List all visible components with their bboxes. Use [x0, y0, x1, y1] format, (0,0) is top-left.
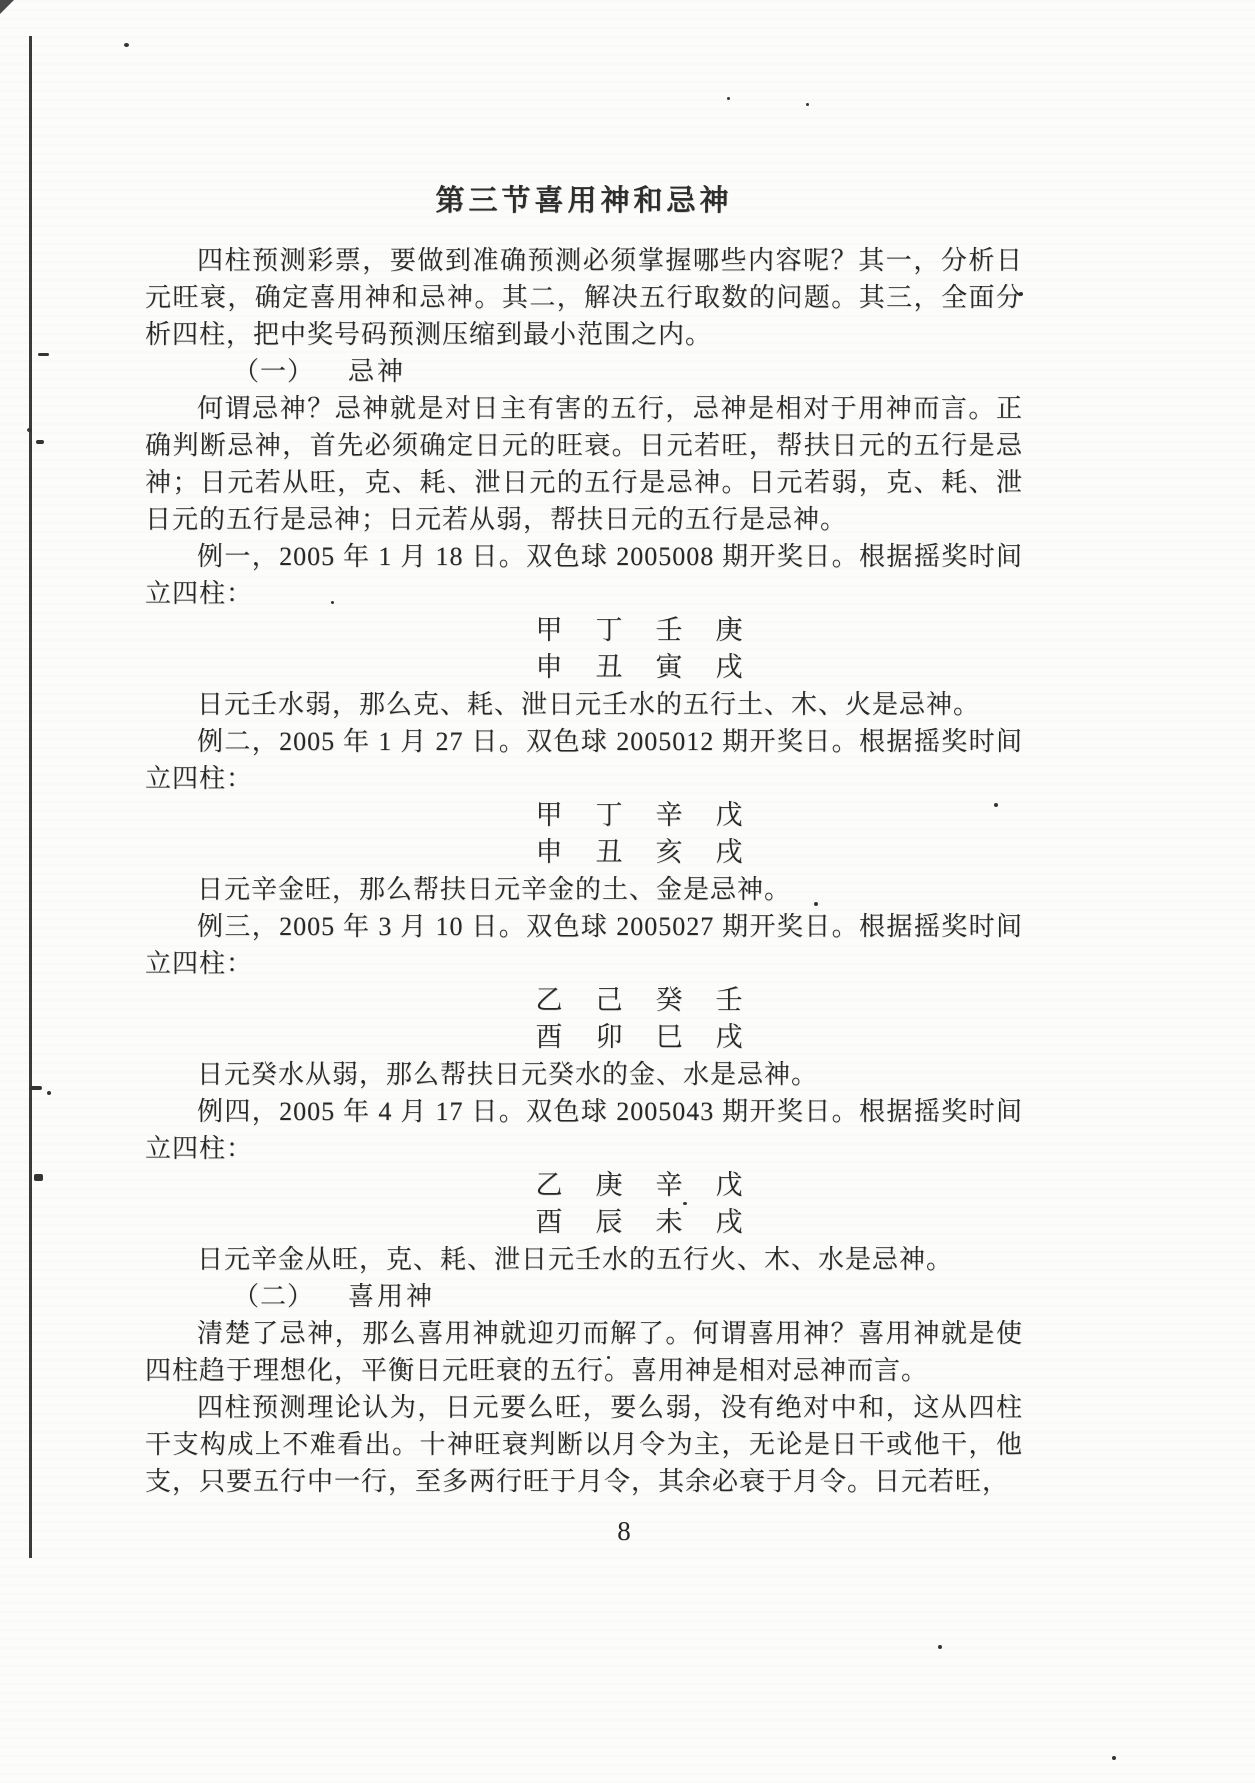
example-1-analysis: 日元壬水弱，那么克、耗、泄日元壬水的五行土、木、火是忌神。 [145, 686, 1023, 723]
pillar-branch: 未 [656, 1204, 683, 1241]
pillar-stem: 壬 [716, 982, 743, 1019]
section-1-label: （一） [233, 357, 314, 386]
pillar-branch: 酉 [536, 1204, 563, 1241]
section-1-body: 何谓忌神？忌神就是对日主有害的五行，忌神是相对于用神而言。正确判断忌神，首先必须… [145, 390, 1023, 538]
section-2-label: （二） [233, 1282, 314, 1311]
pillar-branch: 申 [536, 649, 563, 686]
example-3-lead: 例三，2005 年 3 月 10 日。双色球 2005027 期开奖日。根据摇奖… [145, 908, 1023, 982]
section-1-heading: （一）忌神 [145, 353, 1023, 390]
scan-speck [47, 1091, 51, 1095]
section-2-heading: （二）喜用神 [145, 1278, 1023, 1315]
section-2-name: 喜用神 [348, 1282, 435, 1311]
scan-speck [36, 440, 44, 444]
pillar-stem: 甲 [536, 797, 563, 834]
pillar-stem: 辛 [656, 1167, 683, 1204]
page-title: 第三节喜用神和忌神 [145, 178, 1023, 219]
pillar-stem: 辛 [656, 797, 683, 834]
section-2-body-2: 四柱预测理论认为，日元要么旺，要么弱，没有绝对中和，这从四柱干支构成上不难看出。… [145, 1389, 1023, 1500]
pillar-stem: 乙 [536, 982, 563, 1019]
example-4-analysis: 日元辛金从旺，克、耗、泄日元壬水的五行火、木、水是忌神。 [145, 1241, 1023, 1278]
pillar-branch: 戌 [716, 834, 743, 871]
pillar-stem: 丁 [596, 797, 623, 834]
scan-speck [1112, 1756, 1116, 1760]
example-4-branches-row: 酉 辰 未 戌 [536, 1204, 743, 1241]
pillar-branch: 辰 [596, 1204, 623, 1241]
pillar-branch: 酉 [536, 1019, 563, 1056]
pillar-branch: 卯 [596, 1019, 623, 1056]
section-2-body-1: 清楚了忌神，那么喜用神就迎刃而解了。何谓喜用神？喜用神就是使四柱趋于理想化，平衡… [145, 1315, 1023, 1389]
example-1-stems-row: 甲 丁 壬 庚 [536, 612, 743, 649]
scan-speck [30, 1086, 42, 1090]
scan-speck [806, 103, 809, 106]
pillar-branch: 亥 [656, 834, 683, 871]
scan-speck [727, 97, 730, 100]
pillar-branch: 丑 [596, 649, 623, 686]
example-3-branches-row: 酉 卯 巳 戌 [536, 1019, 743, 1056]
pillar-branch: 戌 [716, 1019, 743, 1056]
example-4-lead: 例四，2005 年 4 月 17 日。双色球 2005043 期开奖日。根据摇奖… [145, 1093, 1023, 1167]
example-2-lead: 例二，2005 年 1 月 27 日。双色球 2005012 期开奖日。根据摇奖… [145, 723, 1023, 797]
example-3-pillars: 乙 己 癸 壬 酉 卯 巳 戌 [200, 982, 1078, 1056]
example-1-lead: 例一，2005 年 1 月 18 日。双色球 2005008 期开奖日。根据摇奖… [145, 538, 1023, 612]
scanned-document-page: 第三节喜用神和忌神 四柱预测彩票，要做到准确预测必须掌握哪些内容呢？其一，分析日… [0, 0, 1255, 1783]
example-2-analysis: 日元辛金旺，那么帮扶日元辛金的土、金是忌神。 [145, 871, 1023, 908]
pillar-branch: 寅 [656, 649, 683, 686]
pillar-branch: 申 [536, 834, 563, 871]
example-1-branches-row: 申 丑 寅 戌 [536, 649, 743, 686]
example-2-pillars: 甲 丁 辛 戊 申 丑 亥 戌 [200, 797, 1078, 871]
example-2-stems-row: 甲 丁 辛 戊 [536, 797, 743, 834]
scan-speck [124, 43, 129, 47]
pillar-stem: 甲 [536, 612, 563, 649]
section-1-name: 忌神 [348, 357, 406, 386]
pillar-stem: 壬 [656, 612, 683, 649]
example-4-stems-row: 乙 庚 辛 戊 [536, 1167, 743, 1204]
example-2-branches-row: 申 丑 亥 戌 [536, 834, 743, 871]
pillar-stem: 癸 [656, 982, 683, 1019]
scan-corner-mark [0, 0, 14, 14]
pillar-stem: 己 [596, 982, 623, 1019]
intro-paragraph: 四柱预测彩票，要做到准确预测必须掌握哪些内容呢？其一，分析日元旺衰，确定喜用神和… [145, 242, 1023, 353]
pillar-stem: 庚 [596, 1167, 623, 1204]
page-content: 第三节喜用神和忌神 四柱预测彩票，要做到准确预测必须掌握哪些内容呢？其一，分析日… [145, 178, 1023, 1550]
pillar-stem: 丁 [596, 612, 623, 649]
pillar-stem: 戊 [716, 1167, 743, 1204]
example-1-pillars: 甲 丁 壬 庚 申 丑 寅 戌 [200, 612, 1078, 686]
scan-speck [27, 428, 32, 432]
pillar-stem: 乙 [536, 1167, 563, 1204]
example-4-pillars: 乙 庚 辛 戊 酉 辰 未 戌 [200, 1167, 1078, 1241]
pillar-branch: 戌 [716, 1204, 743, 1241]
scan-left-edge-line [29, 36, 32, 1558]
scan-speck [38, 353, 49, 356]
pillar-branch: 丑 [596, 834, 623, 871]
scan-speck [34, 1174, 43, 1181]
pillar-stem: 戊 [716, 797, 743, 834]
example-3-analysis: 日元癸水从弱，那么帮扶日元癸水的金、水是忌神。 [145, 1056, 1023, 1093]
pillar-branch: 巳 [656, 1019, 683, 1056]
pillar-branch: 戌 [716, 649, 743, 686]
scan-speck [938, 1645, 942, 1649]
page-number: 8 [185, 1513, 1063, 1550]
pillar-stem: 庚 [716, 612, 743, 649]
example-3-stems-row: 乙 己 癸 壬 [536, 982, 743, 1019]
